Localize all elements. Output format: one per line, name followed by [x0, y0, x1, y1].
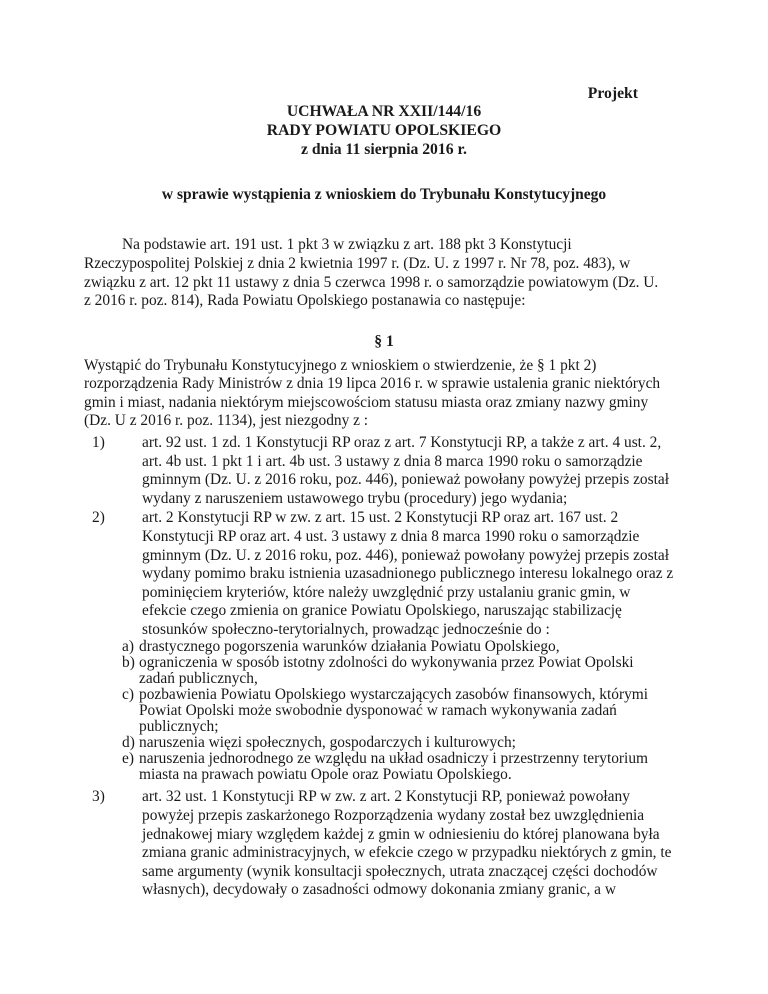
- point-2-text: art. 2 Konstytucji RP w zw. z art. 15 us…: [142, 509, 673, 639]
- point-3-marker: 3): [92, 788, 142, 900]
- subpoint-b-text: ograniczenia w sposób istotny zdolności …: [139, 655, 634, 687]
- document-title: UCHWAŁA NR XXII/144/16 RADY POWIATU OPOL…: [0, 103, 768, 159]
- point-1-text: art. 92 ust. 1 zd. 1 Konstytucji RP oraz…: [142, 434, 669, 508]
- section-1-intro: Wystąpić do Trybunału Konstytucyjnego z …: [84, 357, 768, 431]
- subpoint-d-marker: d): [122, 735, 139, 751]
- document-subject: w sprawie wystąpienia z wnioskiem do Try…: [0, 185, 768, 204]
- point-3: 3) art. 32 ust. 1 Konstytucji RP w zw. z…: [92, 788, 768, 900]
- subpoint-c-marker: c): [122, 687, 139, 735]
- subpoint-b-marker: b): [122, 655, 139, 687]
- subpoint-c-text: pozbawienia Powiatu Opolskiego wystarcza…: [139, 687, 648, 735]
- section-1-heading: § 1: [0, 333, 768, 352]
- preamble-paragraph: Na podstawie art. 191 ust. 1 pkt 3 w zwi…: [84, 236, 768, 310]
- point-2-marker: 2): [92, 509, 142, 639]
- point-3-text: art. 32 ust. 1 Konstytucji RP w zw. z ar…: [142, 788, 671, 900]
- subpoint-a: a) drastycznego pogorszenia warunków dzi…: [122, 639, 768, 655]
- document-page: Projekt UCHWAŁA NR XXII/144/16 RADY POWI…: [0, 0, 768, 994]
- draft-label: Projekt: [0, 84, 638, 103]
- subpoint-b: b) ograniczenia w sposób istotny zdolnoś…: [122, 655, 768, 687]
- subpoint-a-text: drastycznego pogorszenia warunków działa…: [139, 639, 560, 655]
- subpoint-a-marker: a): [122, 639, 139, 655]
- point-2: 2) art. 2 Konstytucji RP w zw. z art. 15…: [92, 509, 768, 639]
- point-1: 1) art. 92 ust. 1 zd. 1 Konstytucji RP o…: [92, 434, 768, 508]
- subpoint-e-text: naruszenia jednorodnego ze względu na uk…: [139, 751, 648, 783]
- point-2-subpoints: a) drastycznego pogorszenia warunków dzi…: [122, 639, 768, 783]
- subpoint-e: e) naruszenia jednorodnego ze względu na…: [122, 751, 768, 783]
- point-1-marker: 1): [92, 434, 142, 508]
- subpoint-c: c) pozbawienia Powiatu Opolskiego wystar…: [122, 687, 768, 735]
- subpoint-e-marker: e): [122, 751, 139, 783]
- subpoint-d: d) naruszenia więzi społecznych, gospoda…: [122, 735, 768, 751]
- subpoint-d-text: naruszenia więzi społecznych, gospodarcz…: [139, 735, 516, 751]
